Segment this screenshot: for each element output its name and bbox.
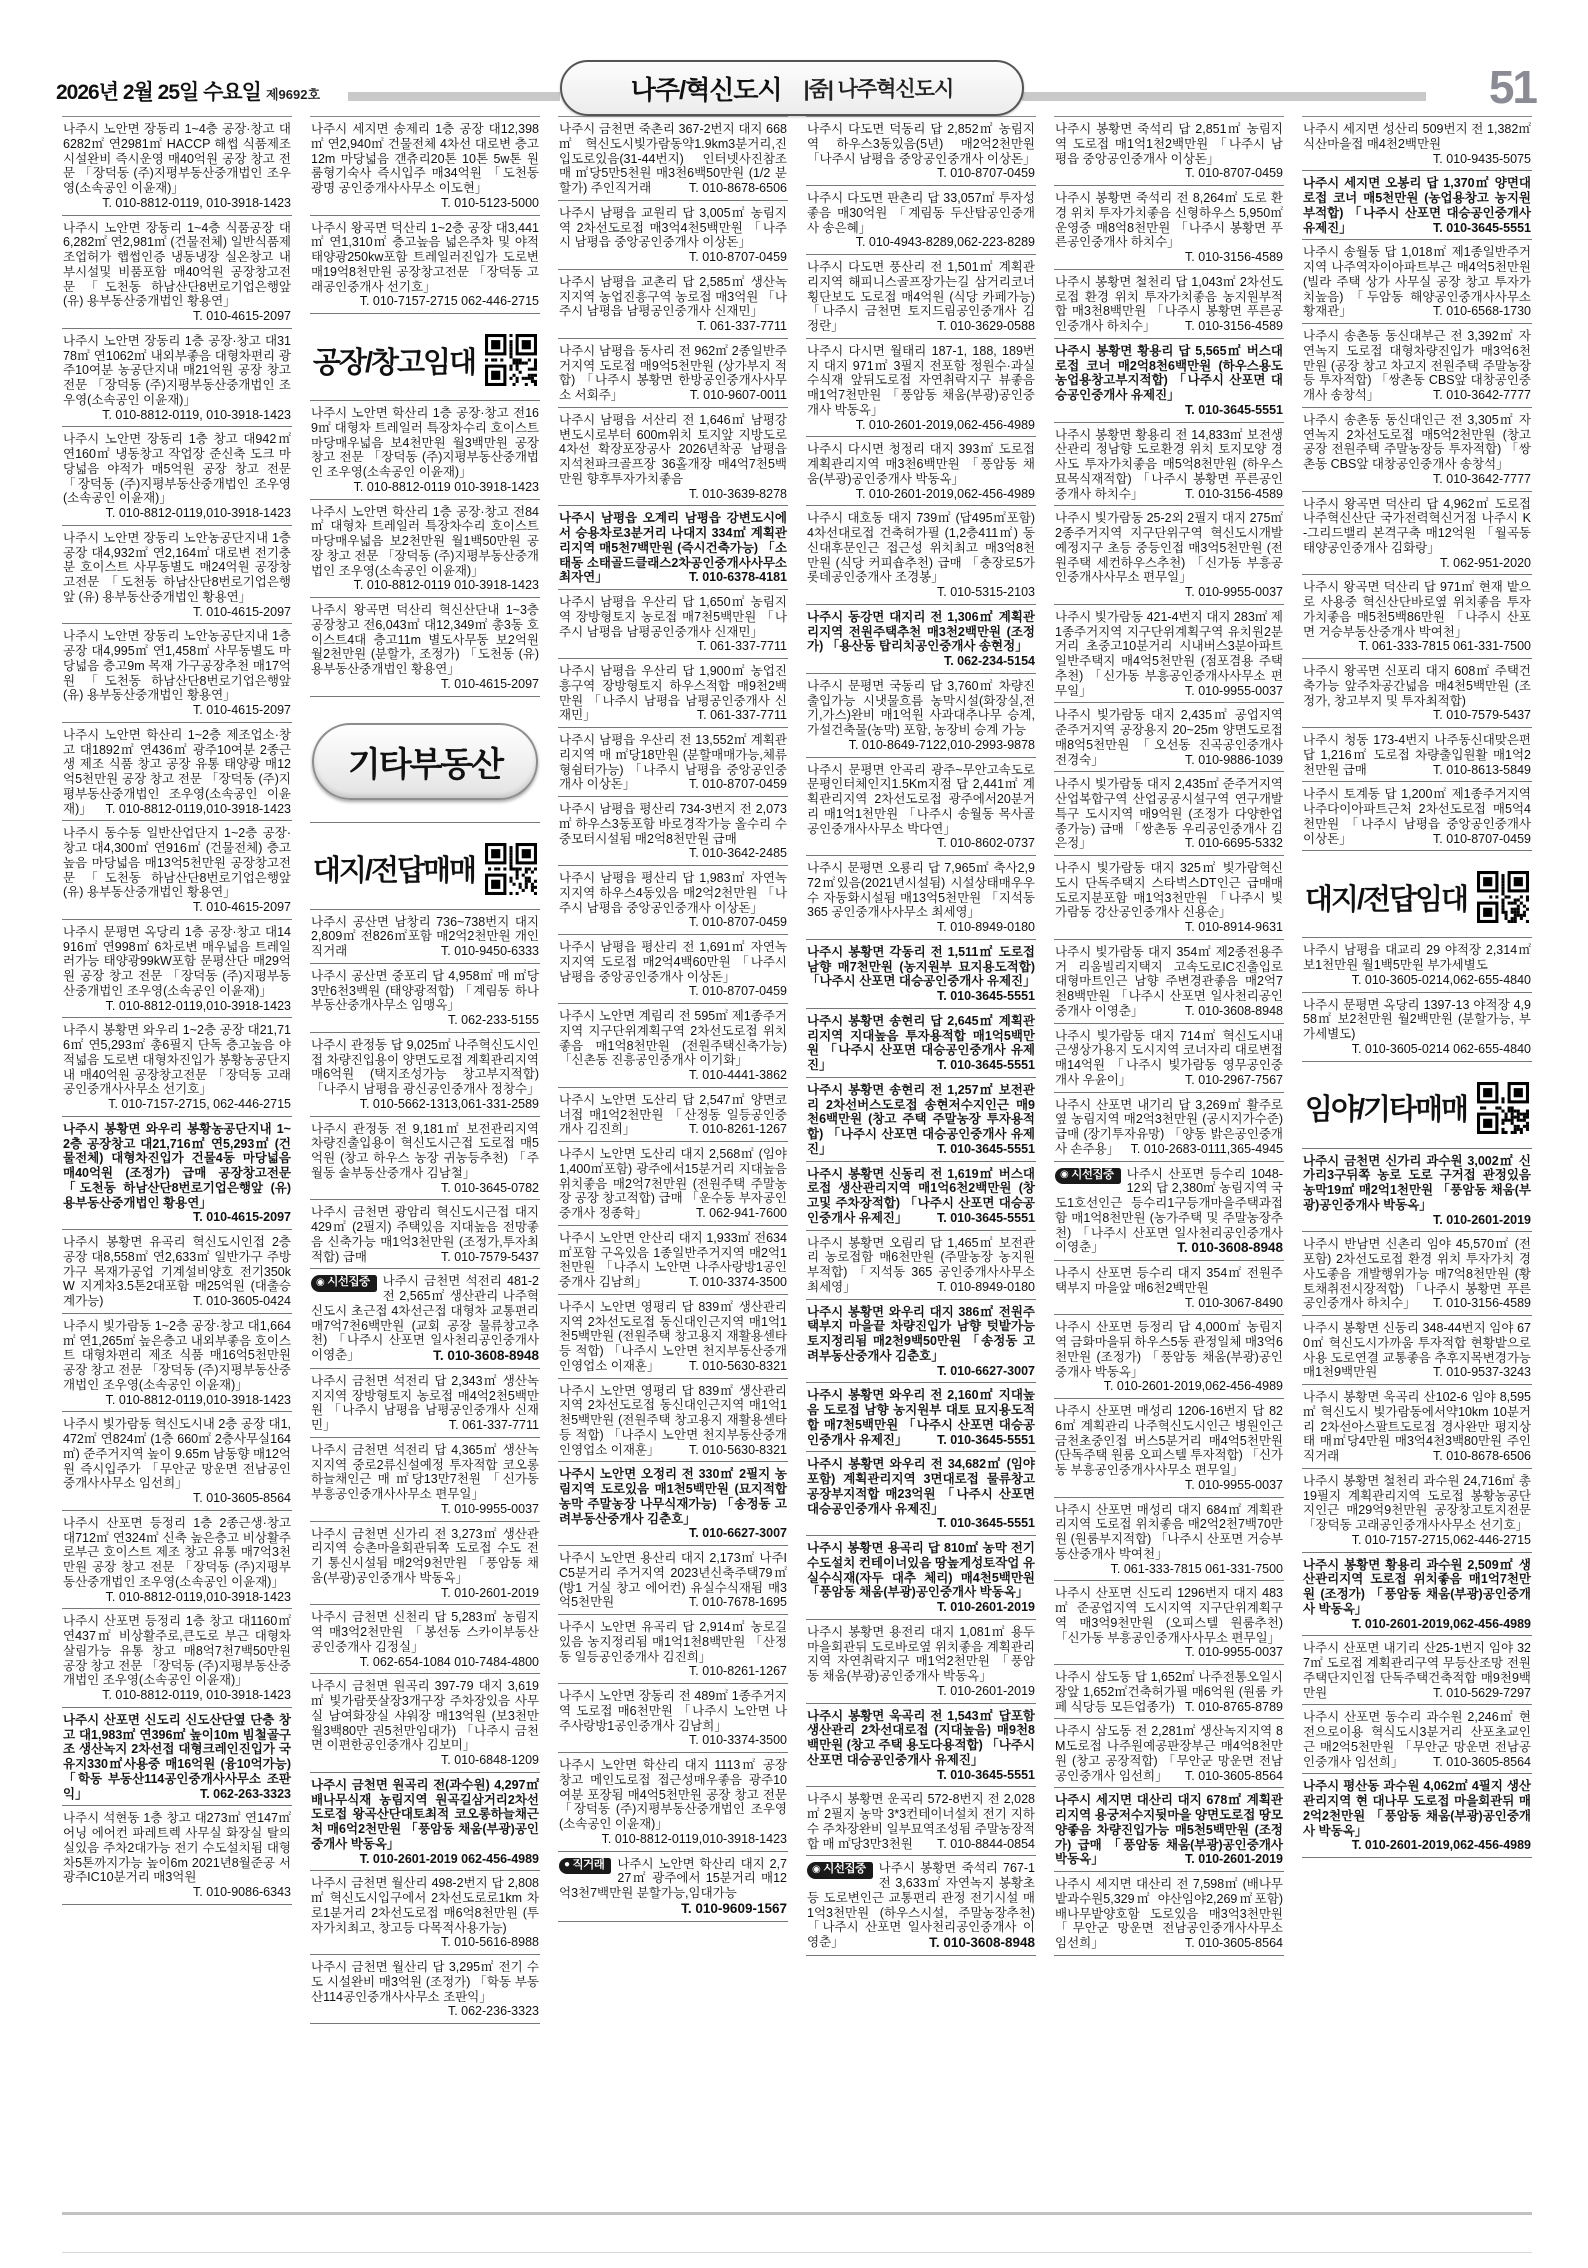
ad-text: 나주시 산포면 등정리 1층 2종근생·창고 대712㎡ 연324㎡ 신축 높은…	[63, 1516, 291, 1589]
ad-text: 나주시 봉황면 철천리 과수원 24,716㎡ 총19필지 계획관리지역 도로접…	[1303, 1474, 1531, 1532]
classified-ad: 나주시 봉황면 황용리 답 5,565㎡ 버스대로접 코너 매2억8천6백만원 …	[1054, 339, 1284, 423]
ad-phone-number: T. 010-3608-8948	[1177, 1240, 1283, 1256]
ad-phone-number: T. 010-5630-8321	[689, 1359, 787, 1374]
category-heading: 대지/전답임대	[1302, 851, 1532, 938]
classified-ad: 나주시 다도면 덕동리 답 2,852㎡ 농림지역 하우스3동있음(5년) 매2…	[806, 117, 1036, 186]
ad-phone-number: T. 061-337-7711	[697, 319, 787, 334]
ad-phone-number: T. 010-3645-5551	[937, 1433, 1035, 1448]
ad-text: 나주시 석현동 1층 창고 대273㎡ 연147㎡ 어닝 에어컨 파레트렉 사무…	[63, 1811, 291, 1884]
ad-phone-number: T. 010-8707-0459	[689, 984, 787, 999]
ad-text: 나주시 봉황면 황용리 답 5,565㎡ 버스대로접 코너 매2억8천6백만원 …	[1055, 344, 1283, 402]
ad-text: 나주시 공산면 중포리 답 4,958㎡ 매 ㎡당3만6천3백원 (태양광적합)…	[311, 969, 539, 1013]
ad-phone-number: T. 010-3608-8948	[929, 1935, 1035, 1951]
ad-text: 나주시 세지면 성산리 509번지 전 1,382㎡ 식산마을접 매4천2백만원	[1303, 122, 1531, 151]
category-title: 공장/창고임대	[313, 340, 475, 381]
classified-ad: 나주시 남평읍 우산리 전 13,552㎡ 계획관리지역 매 ㎡당18만원 (분…	[558, 728, 788, 797]
classified-ad: 나주시 노안면 장동리 노안농공단지내 1층 공장 대4,995㎡ 연1,458…	[62, 624, 292, 723]
classified-ad: 나주시 왕곡면 신포리 대지 608㎡ 주택건축가능 앞주차공간넓음 매4천5백…	[1302, 659, 1532, 728]
classified-ad: 나주시 금천면 월산리 498-2번지 답 2,808㎡ 혁신도시입구에서 2차…	[310, 1871, 540, 1955]
classified-ad: 나주시 산포면 매성리 대지 684㎡ 계획관리지역 도로접 위치좋음 매2억2…	[1054, 1498, 1284, 1582]
classified-ad: 나주시 노안면 유곡리 답 2,914㎡ 농로길있음 농지정리됨 매1억1천8백…	[558, 1615, 788, 1684]
ad-phone-number: T. 010-2601-2019	[937, 1600, 1035, 1615]
classified-ad: 나주시 빛가람동 1~2층 공장·창고 대1,664㎡ 연1,265㎡ 높은층고…	[62, 1314, 292, 1413]
classified-ad: ◉시선집중나주시 산포면 등수리 1048-12외 답 2,380㎡ 농림지역 …	[1054, 1162, 1284, 1262]
category-heading: 공장/창고임대	[310, 314, 540, 401]
classified-ad: 나주시 산포면 등정리 1층 창고 대1160㎡ 연437㎡ 비상활주로,큰도로…	[62, 1609, 292, 1708]
ad-phone-number: T. 010-2601-2019 062-456-4989	[360, 1852, 539, 1867]
ad-phone-number: T. 010-6695-5332	[1185, 836, 1283, 851]
classified-ad: 나주시 빛가람동 대지 2,435㎡ 공업지역 준주거지역 공장용지 20~25…	[1054, 703, 1284, 772]
page-bottom-rule-thin	[62, 2252, 1532, 2253]
classified-ad: 나주시 빛가람동 대지 2,435㎡ 준주거지역 산업복합구역 산업공공시설구역…	[1054, 772, 1284, 856]
ad-text: 나주시 금천면 석전리 답 4,365㎡ 생산녹지지역 중로2류신설예정 투자적…	[311, 1443, 539, 1501]
ad-text: 나주시 봉황면 와우리 전 34,682㎡ (임야포함) 계획관리지역 3면대로…	[807, 1457, 1035, 1515]
ad-phone-number: T. 010-9955-0037	[441, 1502, 539, 1517]
ad-phone-number: T. 062-234-5154	[944, 654, 1035, 669]
ad-text: 나주시 노안면 오정리 전 330㎡ 2필지 농림지역 도로있음 매1천5백만원…	[559, 1467, 787, 1525]
column-2: 나주시 세지면 송제리 1층 공장 대12,398㎡ 연2,940㎡ 건물전체 …	[310, 116, 540, 2212]
classified-ad: 나주시 남평읍 평산리 답 1,983㎡ 자연녹지지역 하우스4동있음 매2억2…	[558, 866, 788, 935]
ad-phone-number: T. 010-8707-0459	[689, 777, 787, 792]
ad-phone-number: T. 010-2601-2019,062-456-4989	[1104, 1379, 1283, 1394]
ad-phone-number: T. 010-3645-5551	[937, 1211, 1035, 1226]
ad-phone-number: T. 010-4615-2097	[193, 605, 291, 620]
page-bottom-rule	[62, 2212, 1532, 2215]
classified-ad: 나주시 산포면 내기리 답 3,269㎡ 활주로옆 농림지역 매2억3천만원 (…	[1054, 1093, 1284, 1162]
classified-ad: 나주시 세지면 대산리 대지 678㎡ 계획관리지역 용궁저수지뒷마을 양면도로…	[1054, 1788, 1284, 1872]
ad-text: 나주시 봉황면 죽석리 답 2,851㎡ 농림지역 도로접 매1억1천2백만원 …	[1055, 122, 1283, 166]
classified-ad: 나주시 봉황면 유곡리 혁신도시인접 2층 공장 대8,558㎡ 연2,633㎡…	[62, 1230, 292, 1314]
ad-text: 나주시 봉황면 와우리 대지 386㎡ 전원주택부지 마을끝 차량진입가 남향 …	[807, 1305, 1035, 1363]
ad-phone-number: T. 010-3374-3500	[689, 1275, 787, 1290]
classified-ad: 나주시 금천면 신가리 전 3,273㎡ 생산관리지역 승촌마을회관뒤쪽 도로접…	[310, 1522, 540, 1606]
classified-ad: 나주시 노안면 장동리 1층 창고 대942㎡ 연160㎡ 냉동창고 작업장 준…	[62, 427, 292, 526]
ad-text: 나주시 노안면 장동리 노안농공단지내 1층 공장 대4,995㎡ 연1,458…	[63, 629, 291, 702]
section-title: 나주/혁신도시	[631, 70, 782, 107]
classified-ad: 나주시 산포면 등수리 대지 354㎡ 전원주택부지 마을앞 매6천2백만원 T…	[1054, 1261, 1284, 1315]
ad-phone-number: T. 010-3605-0424	[193, 1294, 291, 1309]
ad-text: 나주시 왕곡면 덕산리 답 4,962㎡ 도로접 나주혁신산단 국가전력혁신거점…	[1303, 497, 1531, 555]
ad-text: 나주시 관정동 답 9,025㎡ 나주혁신도시인접 차량진입용이 양면도로접 계…	[311, 1038, 540, 1096]
classified-ad: 나주시 봉황면 용전리 대지 1,081㎡ 용두마을회관뒤 도로바로옆 위치좋음…	[806, 1620, 1036, 1704]
classified-ad: 나주시 노안면 장동리 전 489㎡ 1종주거지역 도로접 매6천만원 「나주시…	[558, 1684, 788, 1753]
date-line: 2026년 2월 25일 수요일제9692호	[56, 76, 320, 106]
ad-phone-number: T. 010-5662-1313,061-331-2589	[360, 1097, 539, 1112]
classified-ad: ◉시선집중나주시 봉황면 죽석리 767-1 전 3,633㎡ 자연녹지 봉황초…	[806, 1856, 1036, 1956]
ad-text: 나주시 대호동 대지 739㎡ (답495㎡포함) 4차선대로접 건축허가필 (…	[807, 511, 1035, 584]
classified-ad: 나주시 왕곡면 덕산리 답 971㎡ 현재 밭으로 사용중 혁신산단바로옆 위치…	[1302, 575, 1532, 659]
column-3: 나주시 금천면 죽촌리 367-2번지 대지 668㎡ 혁신도시빛가람동약1.9…	[558, 116, 788, 2212]
classified-ad: 나주시 노안면 오정리 전 330㎡ 2필지 농림지역 도로있음 매1천5백만원…	[558, 1462, 788, 1546]
ad-phone-number: T. 010-6627-3007	[689, 1526, 787, 1541]
ad-phone-number: T. 061-333-7815 061-331-7500	[1359, 639, 1531, 654]
ad-phone-number: T. 010-2601-2019,062-456-4989	[856, 487, 1035, 502]
issue-number: 제9692호	[266, 87, 320, 102]
classified-ad: 나주시 노안면 안산리 대지 1,933㎡ 전634㎡포함 구옥있음 1종일반주…	[558, 1226, 788, 1295]
ad-phone-number: T. 010-3374-3500	[689, 1733, 787, 1748]
ad-phone-number: T. 010-8949-0180	[937, 920, 1035, 935]
ad-text: 나주시 동강면 대지리 전 1,306㎡ 계획관리지역 전원주택추천 매3천2백…	[807, 610, 1035, 654]
classified-ad: 나주시 노안면 용산리 대지 2,173㎡ 나주IC5분거리 주거지역 2023…	[558, 1546, 788, 1615]
ad-phone-number: T. 010-3645-5551	[937, 1142, 1035, 1157]
classified-ad: 나주시 봉황면 와우리 대지 386㎡ 전원주택부지 마을끝 차량진입가 남향 …	[806, 1300, 1036, 1384]
classified-ad: 나주시 노안면 도산리 대지 2,568㎡ (임야1,400㎡포함) 광주에서1…	[558, 1142, 788, 1226]
qr-code-icon	[1477, 871, 1529, 923]
ad-phone-number: T. 010-6568-1730	[1433, 304, 1531, 319]
classified-ad: 나주시 봉황면 황용리 과수원 2,509㎡ 생산관리지역 도로접 위치좋음 매…	[1302, 1553, 1532, 1637]
classified-ad: 나주시 봉황면 욱곡리 산102-6 임야 8,595㎡ 혁신도시 빛가람동에서…	[1302, 1385, 1532, 1469]
ad-phone-number: T. 010-6378-4181	[689, 570, 787, 585]
ad-phone-number: T. 010-2601-2019	[1185, 1852, 1283, 1867]
ad-text: 나주시 봉황면 용곡리 답 810㎡ 농막 전기 수도설치 컨테이너있음 땅높게…	[807, 1541, 1035, 1599]
classified-ad: 나주시 반남면 신촌리 임야 45,570㎡ (전포함) 2차선도로접 환경 위…	[1302, 1232, 1532, 1316]
classified-ad: 나주시 왕곡면 덕산리 혁신산단내 1~3층 공장창고 전6,043㎡ 대12,…	[310, 598, 540, 697]
classified-ad: 나주시 봉황면 오림리 답 1,465㎡ 보전관리 농로접함 매6천만원 (주말…	[806, 1231, 1036, 1300]
classified-ad: 나주시 봉황면 와우리 전 2,160㎡ 지대높음 도로접 남향 농지원부 대토…	[806, 1383, 1036, 1452]
ad-phone-number: T. 010-7157-2715, 062-446-2715	[108, 1097, 291, 1112]
classified-ad: 나주시 노안면 학산리 1~2층 제조업소·창고 대1892㎡ 연436㎡ 광주…	[62, 723, 292, 822]
classified-ad: 나주시 문평면 안곡리 광주~무안고속도로 문평인터체인지1.5Km지점 답 2…	[806, 758, 1036, 857]
column-6: 나주시 세지면 성산리 509번지 전 1,382㎡ 식산마을접 매4천2백만원…	[1302, 116, 1532, 2212]
ad-phone-number: T. 010-3629-0588	[937, 319, 1035, 334]
classified-ad: 나주시 노안면 학산리 1층 공장·창고 전84㎡ 대형차 트레일러 특장차수리…	[310, 500, 540, 599]
ad-phone-number: T. 010-3156-4589	[1185, 319, 1283, 334]
ad-phone-number: T. 010-8812-0119,010-3918-1423	[106, 1393, 291, 1408]
classified-ad: 나주시 노안면 영평리 답 839㎡ 생산관리지역 2차선도로접 동신대인근지역…	[558, 1379, 788, 1463]
classified-ad: 나주시 관정동 답 9,025㎡ 나주혁신도시인접 차량진입용이 양면도로접 계…	[310, 1033, 540, 1117]
ad-text: 나주시 금천면 월산리 답 3,295㎡ 전기 수도 시설완비 매3억원 (조정…	[311, 1960, 539, 2004]
category-title: 임야/기타매매	[1305, 1087, 1467, 1128]
classified-ad: 나주시 봉황면 각동리 전 1,511㎡ 도로접 남향 매7천만원 (농지원부 …	[806, 940, 1036, 1009]
ad-text: 나주시 노안면 장동리 1층 공장·창고 대3178㎡ 연1062㎡ 내외부좋음…	[63, 334, 291, 407]
ad-phone-number: T. 010-7579-5437	[1433, 708, 1531, 723]
classified-ad: 나주시 빛가람동 대지 325㎡ 빛가람혁신도시 단독주택지 스타벅스DT인근 …	[1054, 856, 1284, 940]
classified-ad: 나주시 남평읍 평산리 전 1,691㎡ 자연녹지지역 도로접 매2억4백60만…	[558, 935, 788, 1004]
ad-phone-number: T. 010-8949-0180	[937, 1280, 1035, 1295]
ad-text: 나주시 노안면 장동리 1~4층 공장·창고 대6282㎡ 연2981㎡ HAC…	[63, 122, 291, 195]
ad-phone-number: T. 010-8261-1267	[689, 1664, 787, 1679]
ad-phone-number: T. 010-8812-0119,010-3918-1423	[106, 506, 291, 521]
section-subtitle: |줌| 나주혁신도시	[804, 73, 954, 103]
direct-deal-badge: ●직거래	[559, 1858, 611, 1875]
classified-ad: 나주시 노안면 영평리 답 839㎡ 생산관리지역 2차선도로접 동신대인근지역…	[558, 1295, 788, 1379]
ad-phone-number: T. 010-3156-4589	[1185, 487, 1283, 502]
classified-ad: 나주시 관정동 전 9,181㎡ 보전관리지역 차량진출입용이 혁신도시근접 도…	[310, 1117, 540, 1201]
ad-phone-number: T. 061-337-7711	[449, 1418, 539, 1433]
header-rule-left	[348, 92, 560, 101]
ad-text: 나주시 산포면 매성리 대지 684㎡ 계획관리지역 도로접 위치좋음 매2억2…	[1055, 1503, 1283, 1561]
classified-ad: 나주시 노안면 장동리 1~4층 공장·창고 대6282㎡ 연2981㎡ HAC…	[62, 117, 292, 216]
classified-ad: 나주시 산포면 등정리 답 4,000㎡ 농림지역 금화마을뒤 하우스5동 관정…	[1054, 1315, 1284, 1399]
ad-text: 나주시 다도면 판촌리 답 33,057㎡ 투자성좋음 매30억원 「계림동 두…	[807, 191, 1035, 235]
ad-text: 나주시 금천면 신천리 답 5,283㎡ 농림지역 매3억2천만원 「봉선동 스…	[311, 1610, 539, 1654]
classified-ad: 나주시 노안면 학산리 1층 공장·창고 전169㎡ 대형차 트레일러 특장차수…	[310, 401, 540, 500]
ad-phone-number: T. 010-9955-0037	[1185, 684, 1283, 699]
ad-phone-number: T. 010-3639-8278	[689, 487, 787, 502]
header-rule-right	[1022, 92, 1426, 101]
ad-text: 나주시 노안면 학산리 대지 1113㎡ 공장 창고 메인도로접 접근성매우좋음…	[559, 1758, 787, 1831]
ad-text: 나주시 노안면 학산리 1층 공장·창고 전169㎡ 대형차 트레일러 특장차수…	[311, 406, 539, 479]
ad-phone-number: T. 010-3605-0214,062-655-4840	[1352, 973, 1531, 988]
ad-phone-number: T. 010-3605-8564	[1185, 1769, 1283, 1784]
attention-badge: ◉시선집중	[1055, 1168, 1121, 1185]
ad-phone-number: T. 010-2601-2019	[937, 1684, 1035, 1699]
classified-ad: 나주시 금천면 죽촌리 367-2번지 대지 668㎡ 혁신도시빛가람동약1.9…	[558, 117, 788, 201]
ad-text: 나주시 다시면 월태리 187-1, 188, 189번지 대지 971㎡ 3필…	[807, 344, 1035, 417]
ad-phone-number: T. 010-3605-8564	[1433, 1755, 1531, 1770]
ad-phone-number: T. 010-3645-5551	[937, 1768, 1035, 1783]
ad-text: 나주시 다도면 덕동리 답 2,852㎡ 농림지역 하우스3동있음(5년) 매2…	[807, 122, 1036, 166]
classified-ad: 나주시 다도면 풍산리 전 1,501㎡ 계획관리지역 해피니스골프장가는길 삼…	[806, 255, 1036, 339]
ad-phone-number: T. 010-8812-0119,010-3918-1423	[106, 999, 291, 1014]
ad-phone-number: T. 010-9955-0037	[1185, 1478, 1283, 1493]
ad-phone-number: T. 010-5123-5000	[441, 196, 539, 211]
ad-phone-number: T. 010-9886-1039	[1185, 753, 1283, 768]
ad-text: 나주시 노안면 장동리 노안농공단지내 1층 공장 대4,932㎡ 연2,164…	[63, 531, 291, 604]
ad-phone-number: T. 061-337-7711	[697, 708, 787, 723]
classified-ad: 나주시 세지면 대산리 전 7,598㎡ (배나무밭과수원5,329㎡ 야산임야…	[1054, 1872, 1284, 1956]
classified-ad: 나주시 봉황면 죽석리 답 2,851㎡ 농림지역 도로접 매1억1천2백만원 …	[1054, 117, 1284, 186]
ad-phone-number: T. 062-654-1084 010-7484-4800	[360, 1655, 539, 1670]
classified-ad: 나주시 빛가람동 421-4번지 대지 283㎡ 제1종주거지역 지구단위계획구…	[1054, 605, 1284, 704]
ad-phone-number: T. 010-2601-2019,062-456-4989	[1352, 1838, 1531, 1853]
ad-phone-number: T. 010-5315-2103	[937, 585, 1035, 600]
ad-phone-number: T. 062-263-3323	[200, 1787, 291, 1802]
classified-ad: 나주시 금천면 원곡리 전(과수원) 4,297㎡ 배나무식재 농림지역 원곡길…	[310, 1773, 540, 1872]
classified-ad: 나주시 송촌동 동신대인근 전 3,305㎡ 자연녹지 2차선도로접 매5억2천…	[1302, 408, 1532, 492]
ad-text: 나주시 왕곡면 신포리 대지 608㎡ 주택건축가능 앞주차공간넓음 매4천5백…	[1303, 664, 1531, 708]
ad-text: 나주시 남평읍 교원리 답 3,005㎡ 농림지역 2차선도로접 매3억4천5백…	[559, 206, 787, 250]
ad-text: 나주시 관정동 전 9,181㎡ 보전관리지역 차량진출입용이 혁신도시근접 도…	[311, 1122, 539, 1180]
classified-ad: 나주시 빛가람동 대지 714㎡ 혁신도시내 근생상가용지 도시지역 코너자리 …	[1054, 1024, 1284, 1093]
ad-phone-number: T. 010-8678-6506	[689, 181, 787, 196]
classified-ad: 나주시 봉황면 신동리 전 1,619㎡ 버스대로접 생산관리지역 매1억6천2…	[806, 1162, 1036, 1231]
ad-text: 나주시 봉황면 각동리 전 1,511㎡ 도로접 남향 매7천만원 (농지원부 …	[807, 945, 1036, 989]
person-icon: ●	[564, 1860, 570, 1870]
ad-text: 나주시 봉황면 와우리 봉황농공단지내 1~2층 공장창고 대21,716㎡ 연…	[63, 1122, 291, 1210]
ad-text: 나주시 금천면 신가리 전 3,273㎡ 생산관리지역 승촌마을회관뒤쪽 도로접…	[311, 1527, 539, 1585]
ad-phone-number: T. 010-3067-8490	[1185, 1296, 1283, 1311]
ad-phone-number: T. 010-3156-4589	[1433, 1296, 1531, 1311]
classified-ad: 나주시 세지면 송제리 1층 공장 대12,398㎡ 연2,940㎡ 건물전체 …	[310, 117, 540, 216]
classified-ad: 나주시 남평읍 오계리 남평읍 강변도시에서 승용차로3분거리 나대지 334㎡…	[558, 506, 788, 590]
classified-ad: 나주시 금천면 월산리 답 3,295㎡ 전기 수도 시설완비 매3억원 (조정…	[310, 1955, 540, 2024]
ad-phone-number: T. 010-9955-0037	[1185, 585, 1283, 600]
classified-ad: 나주시 대호동 대지 739㎡ (답495㎡포함) 4차선대로접 건축허가필 (…	[806, 506, 1036, 605]
ad-phone-number: T. 010-4615-2097	[193, 703, 291, 718]
page-header: 2026년 2월 25일 수요일제9692호 나주/혁신도시 |줌| 나주혁신도…	[0, 0, 1588, 116]
ad-text: 나주시 세지면 송제리 1층 공장 대12,398㎡ 연2,940㎡ 건물전체 …	[311, 122, 539, 195]
classified-ad: 나주시 산포면 신도리 신도산단옆 단층 창고 대1,983㎡ 연396㎡ 높이…	[62, 1708, 292, 1807]
ad-phone-number: T. 010-3645-5551	[937, 1058, 1035, 1073]
ad-text: 나주시 산포면 등정리 답 4,000㎡ 농림지역 금화마을뒤 하우스5동 관정…	[1055, 1320, 1283, 1378]
ad-phone-number: T. 010-8261-1267	[689, 1122, 787, 1137]
ad-phone-number: T. 010-2601-2019	[441, 1586, 539, 1601]
ad-phone-number: T. 010-8812-0119 010-3918-1423	[354, 578, 539, 593]
ad-phone-number: T. 010-5629-7297	[1433, 1686, 1531, 1701]
ad-phone-number: T. 010-3645-5551	[1185, 403, 1283, 418]
classified-ad: 나주시 금천면 석전리 답 2,343㎡ 생산녹지지역 장방형토지 농로접 매4…	[310, 1369, 540, 1438]
ad-text: 나주시 문평면 오룡리 답 7,965㎡ 축사2,972㎡있음(2021년시설됨…	[807, 861, 1035, 919]
classified-ad: 나주시 문평면 국동리 답 3,760㎡ 차량진출입가능 시냇물흐름 농막시설(…	[806, 674, 1036, 758]
classified-ad: 나주시 봉황면 용곡리 답 810㎡ 농막 전기 수도설치 컨테이너있음 땅높게…	[806, 1536, 1036, 1620]
ad-phone-number: T. 010-3645-5551	[937, 1516, 1035, 1531]
classified-ad: 나주시 노안면 도산리 답 2,547㎡ 양면코너접 매1억2천만원 「산정동 …	[558, 1088, 788, 1142]
classified-ad: ●직거래나주시 노안면 학산리 대지 2,727㎡ 광주에서 15분거리 매12…	[558, 1852, 788, 1922]
ad-phone-number: T. 010-9450-6333	[441, 944, 539, 959]
classified-ad: 나주시 문평면 오룡리 답 7,965㎡ 축사2,972㎡있음(2021년시설됨…	[806, 856, 1036, 940]
eye-icon: ◉	[1060, 1170, 1068, 1180]
ad-phone-number: T. 061-337-7711	[697, 639, 787, 654]
ad-phone-number: T. 010-4615-2097	[193, 309, 291, 324]
ad-phone-number: T. 010-3645-5551	[1433, 221, 1531, 236]
ad-text: 나주시 남평읍 평산리 전 1,691㎡ 자연녹지지역 도로접 매2억4백60만…	[559, 940, 787, 984]
ad-phone-number: T. 010-7579-5437	[441, 1250, 539, 1265]
ad-phone-number: T. 010-3605-0214 062-655-4840	[1352, 1042, 1531, 1057]
ad-phone-number: T. 010-4943-8289,062-223-8289	[856, 235, 1035, 250]
classified-ad: 나주시 봉황면 욱곡리 전 1,543㎡ 답포함 생산관리 2차선대로접 (지대…	[806, 1704, 1036, 1788]
ad-text: 나주시 문평면 옥당리 1397-13 야적장 4,958㎡ 보2천만원 월2백…	[1303, 998, 1531, 1042]
classified-ad: 나주시 동강면 대지리 전 1,306㎡ 계획관리지역 전원주택추천 매3천2백…	[806, 605, 1036, 674]
category-title: 대지/전답매매	[313, 848, 475, 889]
ad-text: 나주시 남평읍 우산리 답 1,650㎡ 농림지역 장방형토지 농로접 매7천5…	[559, 595, 787, 639]
ad-text: 나주시 문평면 안곡리 광주~무안고속도로 문평인터체인지1.5Km지점 답 2…	[807, 763, 1035, 836]
classified-ad: 나주시 금천면 광암리 혁신도시근접 대지 429㎡ (2필지) 주택있음 지대…	[310, 1200, 540, 1269]
classified-ad: 나주시 노안면 장동리 1~4층 식품공장 대6,282㎡ 연2,981㎡ (건…	[62, 216, 292, 329]
ad-text: 나주시 금천면 월산리 498-2번지 답 2,808㎡ 혁신도시입구에서 2차…	[311, 1876, 539, 1934]
ad-phone-number: T. 010-8602-0737	[937, 836, 1035, 851]
category-group-heading: 기타부동산	[310, 697, 540, 823]
ad-phone-number: T. 062-951-2020	[1440, 556, 1531, 571]
classified-ad: 나주시 금천면 신가리 과수원 3,002㎡ 신가리3구뒤쪽 농로 도로 구거접…	[1302, 1149, 1532, 1233]
ad-phone-number: T. 010-3608-8948	[433, 1348, 539, 1364]
classified-ad: 나주시 산포면 동수리 과수원 2,246㎡ 현전으로이용 혁식도시3분거리 산…	[1302, 1705, 1532, 1774]
classified-ad: 나주시 남평읍 대교리 29 야적장 2,314㎡ 보1천만원 월1백5만원 부…	[1302, 938, 1532, 992]
ad-text: 나주시 금천면 신가리 과수원 3,002㎡ 신가리3구뒤쪽 농로 도로 구거접…	[1303, 1154, 1531, 1212]
classified-ad: 나주시 금천면 신천리 답 5,283㎡ 농림지역 매3억2천만원 「봉선동 스…	[310, 1605, 540, 1674]
attention-badge: ◉시선집중	[807, 1862, 873, 1879]
ad-phone-number: T. 061-333-7815 061-331-7500	[1111, 1562, 1283, 1577]
classified-ad: 나주시 노안면 장동리 노안농공단지내 1층 공장 대4,932㎡ 연2,164…	[62, 526, 292, 625]
classified-ad: 나주시 봉황면 와우리 전 34,682㎡ (임야포함) 계획관리지역 3면대로…	[806, 1452, 1036, 1536]
ad-text: 나주시 노안면 학산리 1층 공장·창고 전84㎡ 대형차 트레일러 특장차수리…	[311, 505, 539, 578]
ad-phone-number: T. 010-5616-8988	[441, 1935, 539, 1950]
ad-phone-number: T. 010-3156-4589	[1185, 250, 1283, 265]
column-5: 나주시 봉황면 죽석리 답 2,851㎡ 농림지역 도로접 매1억1천2백만원 …	[1054, 116, 1284, 2212]
ad-phone-number: T. 010-3642-2485	[689, 846, 787, 861]
ad-phone-number: T. 010-9537-3243	[1433, 1365, 1531, 1380]
ad-phone-number: T. 010-8707-0459	[689, 250, 787, 265]
classifieds-area: 나주시 노안면 장동리 1~4층 공장·창고 대6282㎡ 연2981㎡ HAC…	[62, 116, 1532, 2212]
ad-phone-number: T. 010-7157-2715,062-446-2715	[1352, 1533, 1531, 1548]
ad-phone-number: T. 010-3645-5551	[937, 989, 1035, 1004]
classified-ad: 나주시 빛가람동 혁신도시내 2층 공장 대1,472㎡ 연824㎡ (1층 6…	[62, 1412, 292, 1511]
qr-code-icon	[1477, 1082, 1529, 1134]
classified-ad: 나주시 봉황면 와우리 1~2층 공장 대21,716㎡ 연5,293㎡ 총6필…	[62, 1018, 292, 1117]
classified-ad: 나주시 삼도동 전 2,281㎡ 생산녹지지역 8M도로접 나주원예공판장부근 …	[1054, 1719, 1284, 1788]
ad-phone-number: T. 010-5630-8321	[689, 1443, 787, 1458]
classified-ad: 나주시 토계동 답 1,200㎡ 제1종주거지역 나주다이아파트근처 2차선도로…	[1302, 782, 1532, 851]
ad-phone-number: T. 010-8812-0119,010-3918-1423	[106, 802, 291, 817]
ad-phone-number: T. 010-8613-5849	[1433, 763, 1531, 778]
column-4: 나주시 다도면 덕동리 답 2,852㎡ 농림지역 하우스3동있음(5년) 매2…	[806, 116, 1036, 2212]
ad-phone-number: T. 010-8707-0459	[937, 166, 1035, 181]
classified-ad: 나주시 공산면 중포리 답 4,958㎡ 매 ㎡당3만6천3백원 (태양광적합)…	[310, 964, 540, 1033]
ad-text: 나주시 남평읍 평산리 답 1,983㎡ 자연녹지지역 하우스4동있음 매2억2…	[559, 871, 787, 915]
classified-ad: 나주시 왕곡면 덕산리 답 4,962㎡ 도로접 나주혁신산단 국가전력혁신거점…	[1302, 492, 1532, 576]
ad-text: 나주시 산포면 신도리 1296번지 대지 483㎡ 준공업지역 도시지역 지구…	[1055, 1586, 1283, 1644]
classified-ad: 나주시 빛가람동 대지 354㎡ 제2종전용주거 리움빌리지택지 고속도로IC진…	[1054, 940, 1284, 1024]
ad-phone-number: T. 010-8678-6506	[1433, 1449, 1531, 1464]
ad-text: 나주시 빛가람동 1~2층 공장·창고 대1,664㎡ 연1,265㎡ 높은층고…	[63, 1319, 291, 1392]
eye-icon: ◉	[812, 1865, 820, 1875]
ad-text: 나주시 동수동 일반산업단지 1~2층 공장·창고 대4,300㎡ 연916㎡ …	[63, 826, 291, 899]
ad-text: 나주시 봉황면 용전리 대지 1,081㎡ 용두마을회관뒤 도로바로옆 위치좋음…	[807, 1625, 1035, 1683]
ad-text: 나주시 남평읍 평산리 734-3번지 전 2,073㎡ 하우스3동포함 바로경…	[559, 802, 787, 846]
category-heading: 임야/기타매매	[1302, 1062, 1532, 1149]
classified-ad: 나주시 봉황면 황용리 전 14,833㎡ 보전생산관리 정남향 도로환경 위치…	[1054, 423, 1284, 507]
category-title: 대지/전답임대	[1305, 877, 1467, 918]
classified-ad: 나주시 봉황면 와우리 봉황농공단지내 1~2층 공장창고 대21,716㎡ 연…	[62, 1117, 292, 1230]
classified-ad: 나주시 빛가람동 25-2외 2필지 대지 275㎡ 2종주거지역 지구단위구역…	[1054, 506, 1284, 605]
ad-phone-number: T. 010-8707-0459	[689, 915, 787, 930]
classified-ad: 나주시 노안면 학산리 대지 1113㎡ 공장 창고 메인도로접 접근성매우좋음…	[558, 1753, 788, 1852]
ad-text: 나주시 노안면 장동리 전 489㎡ 1종주거지역 도로접 매6천만원 「나주시…	[559, 1689, 787, 1733]
classified-ad: 나주시 남평읍 평산리 734-3번지 전 2,073㎡ 하우스3동포함 바로경…	[558, 797, 788, 866]
classified-ad: 나주시 청동 173-4번지 나주동신대맞은편 답 1,216㎡ 도로접 차량출…	[1302, 728, 1532, 782]
ad-phone-number: T. 010-8914-9631	[1185, 920, 1283, 935]
ad-text: 나주시 노안면 장동리 1~4층 식품공장 대6,282㎡ 연2,981㎡ (건…	[63, 221, 291, 309]
ad-phone-number: T. 010-6627-3007	[937, 1364, 1035, 1379]
ad-text: 나주시 봉황면 욱곡리 전 1,543㎡ 답포함 생산관리 2차선대로접 (지대…	[807, 1709, 1035, 1767]
classified-ad: 나주시 다도면 판촌리 답 33,057㎡ 투자성좋음 매30억원 「계림동 두…	[806, 186, 1036, 255]
ad-phone-number: T. 010-2967-7567	[1185, 1073, 1283, 1088]
ad-phone-number: T. 010-9607-0011	[690, 388, 787, 403]
classified-ad: 나주시 금천면 원곡리 397-79 대지 3,619㎡ 빛가람풋살장3개구장 …	[310, 1674, 540, 1773]
classified-ad: 나주시 문평면 옥당리 1층 공장·창고 대14916㎡ 연998㎡ 6차로변 …	[62, 920, 292, 1019]
classified-ad: 나주시 남평읍 우산리 답 1,650㎡ 농림지역 장방형토지 농로접 매7천5…	[558, 590, 788, 659]
classified-ad: 나주시 봉황면 운곡리 572-8번지 전 2,028㎡ 2필지 농막 3*3컨…	[806, 1787, 1036, 1856]
qr-code-icon	[485, 334, 537, 386]
ad-phone-number: T. 010-2683-0111,365-4945	[1131, 1142, 1283, 1157]
ad-phone-number: T. 010-8765-8789	[1185, 1700, 1283, 1715]
ad-phone-number: T. 010-8844-0854	[937, 1837, 1035, 1852]
ad-text: 나주시 봉황면 황용리 과수원 2,509㎡ 생산관리지역 도로접 위치좋음 매…	[1303, 1558, 1531, 1616]
ad-phone-number: T. 010-4441-3862	[689, 1068, 787, 1083]
ad-phone-number: T. 010-8812-0119, 010-3918-1423	[102, 196, 291, 211]
ad-phone-number: T. 010-4615-2097	[193, 1210, 291, 1225]
classified-ad: 나주시 산포면 매성리 1206-16번지 답 826㎡ 계획관리 나주혁신도시…	[1054, 1399, 1284, 1498]
classified-ad: 나주시 봉황면 신동리 348-44번지 임야 670㎡ 혁신도시가까움 투자적…	[1302, 1316, 1532, 1385]
classified-ad: 나주시 석현동 1층 창고 대273㎡ 연147㎡ 어닝 에어컨 파레트렉 사무…	[62, 1806, 292, 1905]
ad-phone-number: T. 062-941-7600	[696, 1206, 787, 1221]
classified-ad: 나주시 봉황면 철천리 답 1,043㎡ 2차선도로접 환경 위치 투자가치좋음…	[1054, 270, 1284, 339]
ad-text: 나주시 산포면 매성리 1206-16번지 답 826㎡ 계획관리 나주혁신도시…	[1055, 1404, 1283, 1477]
ad-text: 나주시 왕곡면 덕산리 답 971㎡ 현재 밭으로 사용중 혁신산단바로옆 위치…	[1303, 580, 1531, 638]
classified-ad: 나주시 남평읍 우산리 답 1,900㎡ 농업진흥구역 장방형토지 하우스적합 …	[558, 659, 788, 728]
ad-phone-number: T. 010-8812-0119 010-3918-1423	[354, 480, 539, 495]
ad-phone-number: T. 010-4615-2097	[441, 677, 539, 692]
ad-phone-number: T. 062-236-3323	[448, 2004, 539, 2019]
attention-badge: ◉시선집중	[311, 1275, 377, 1292]
ad-phone-number: T. 010-8707-0459	[1433, 832, 1531, 847]
ad-text: 나주시 빛가람동 대지 325㎡ 빛가람혁신도시 단독주택지 스타벅스DT인근 …	[1055, 861, 1283, 919]
classified-ad: 나주시 동수동 일반산업단지 1~2층 공장·창고 대4,300㎡ 연916㎡ …	[62, 821, 292, 920]
page-number: 51	[1489, 60, 1536, 114]
classified-ad: 나주시 다시면 월태리 187-1, 188, 189번지 대지 971㎡ 3필…	[806, 339, 1036, 438]
ad-text: 나주시 노안면 계림리 전 595㎡ 제1종주거지역 지구단위계획구역 2차선도…	[559, 1009, 787, 1067]
ad-text: 나주시 노안면 유곡리 답 2,914㎡ 농로길있음 농지정리됨 매1억1천8백…	[559, 1620, 787, 1664]
